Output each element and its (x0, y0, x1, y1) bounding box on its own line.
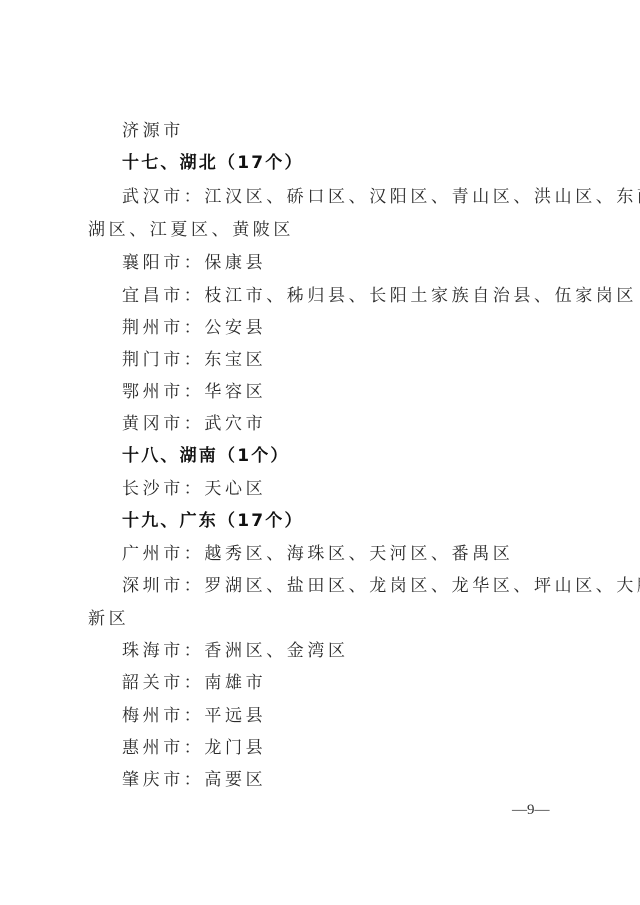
city-line-shenzhen-continued: 新区 (88, 609, 129, 629)
city-line-guangzhou: 广州市：越秀区、海珠区、天河区、番禺区 (122, 544, 513, 564)
city-line-zhaoqing: 肇庆市：高要区 (122, 770, 266, 790)
city-line-yichang: 宜昌市：枝江市、秭归县、长阳土家族自治县、伍家岗区 (122, 286, 637, 306)
city-line-jingmen: 荆门市：东宝区 (122, 350, 266, 370)
page-number: —9— (512, 802, 550, 819)
city-line-shenzhen: 深圳市：罗湖区、盐田区、龙岗区、龙华区、坪山区、大鹏 (122, 576, 640, 596)
city-line-wuhan-continued: 湖区、江夏区、黄陂区 (88, 220, 294, 240)
city-line-shaoguan: 韶关市：南雄市 (122, 673, 266, 693)
city-line-wuhan: 武汉市：江汉区、硚口区、汉阳区、青山区、洪山区、东西 (122, 187, 640, 207)
city-line-xiangyang: 襄阳市：保康县 (122, 253, 266, 273)
city-line-zhuhai: 珠海市：香洲区、金湾区 (122, 641, 349, 661)
city-line-changsha: 长沙市：天心区 (122, 479, 266, 499)
city-line-meizhou: 梅州市：平远县 (122, 706, 266, 726)
document-page: 济源市 十七、湖北（17个） 武汉市：江汉区、硚口区、汉阳区、青山区、洪山区、东… (0, 0, 640, 905)
section-heading-hubei: 十七、湖北（17个） (122, 153, 304, 173)
city-line-jiyuan: 济源市 (122, 121, 184, 141)
city-line-huizhou: 惠州市：龙门县 (122, 738, 266, 758)
city-line-jingzhou: 荆州市：公安县 (122, 318, 266, 338)
city-line-ezhou: 鄂州市：华容区 (122, 382, 266, 402)
section-heading-hunan: 十八、湖南（1个） (122, 446, 290, 466)
city-line-huanggang: 黄冈市：武穴市 (122, 414, 266, 434)
section-heading-guangdong: 十九、广东（17个） (122, 511, 304, 531)
